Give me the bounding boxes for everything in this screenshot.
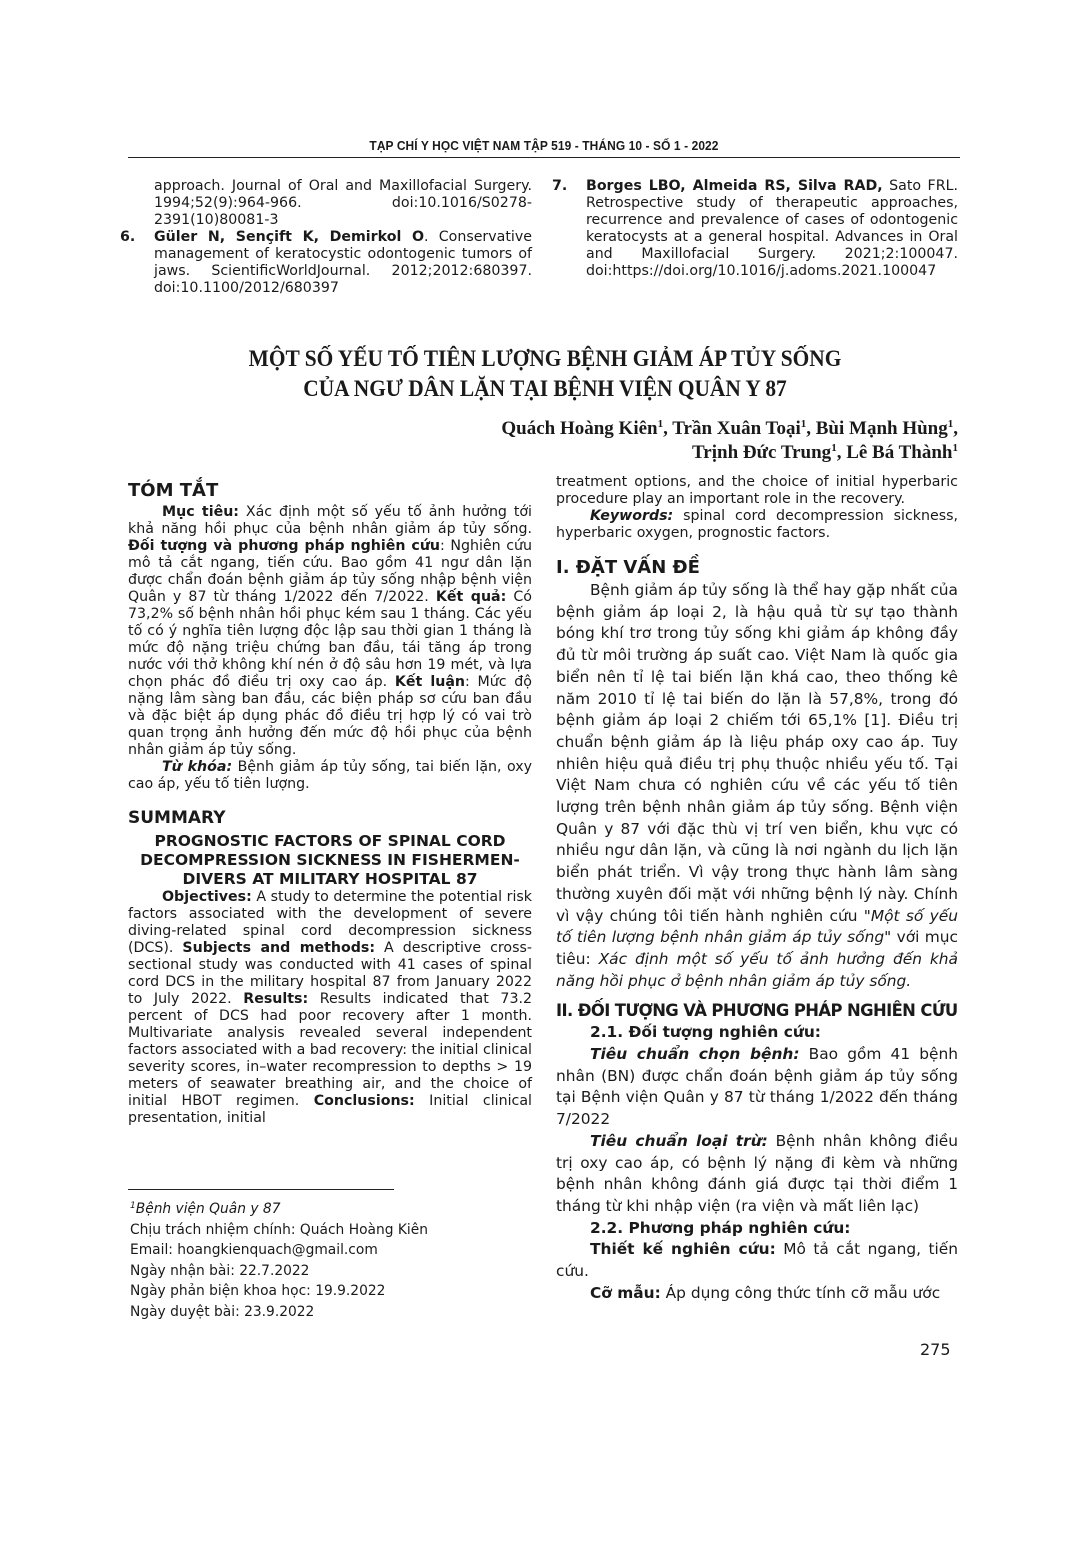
page-number: 275 xyxy=(920,1340,951,1359)
reference-number: 7. xyxy=(552,178,586,195)
author: Trần Xuân Toại1 xyxy=(672,418,806,439)
abstract-vi-body: Mục tiêu: Xác định một số yếu tố ảnh hưở… xyxy=(128,504,532,759)
reference-number: 6. xyxy=(120,229,154,246)
author: Lê Bá Thành1 xyxy=(846,442,958,463)
footnote-accepted: Ngày duyệt bài: 23.9.2022 xyxy=(130,1302,550,1323)
right-column: I. ĐẶT VẤN ĐỀ Bệnh giảm áp tủy sống là t… xyxy=(556,557,958,1305)
left-column: TÓM TẮT Mục tiêu: Xác định một số yếu tố… xyxy=(128,480,532,1127)
abstract-vi-heading: TÓM TẮT xyxy=(128,480,532,502)
author-list: Quách Hoàng Kiên1, Trần Xuân Toại1, Bùi … xyxy=(238,417,958,465)
subsection-2-2-heading: 2.2. Phương pháp nghiên cứu: xyxy=(556,1218,958,1240)
references-right: 7.Borges LBO, Almeida RS, Silva RAD, Sat… xyxy=(552,178,958,280)
section-1-paragraph: Bệnh giảm áp tủy sống là thể hay gặp nhấ… xyxy=(556,580,958,992)
abstract-en-body: Objectives: A study to determine the pot… xyxy=(128,889,532,1127)
reference-authors: Borges LBO, Almeida RS, Silva RAD, xyxy=(586,178,883,194)
section-1-heading: I. ĐẶT VẤN ĐỀ xyxy=(556,557,958,579)
abstract-en-keywords: Keywords: spinal cord decompression sick… xyxy=(556,508,958,542)
study-design: Thiết kế nghiên cứu: Mô tả cắt ngang, ti… xyxy=(556,1239,958,1282)
author: Bùi Mạnh Hùng1 xyxy=(816,418,954,439)
reference-authors: Güler N, Sençift K, Demirkol O xyxy=(154,229,424,245)
abstract-en-title: PROGNOSTIC FACTORS OF SPINAL CORD DECOMP… xyxy=(128,832,532,889)
footnote-corresponding: Chịu trách nhiệm chính: Quách Hoàng Kiên xyxy=(130,1220,550,1241)
footnote-email: Email: hoangkienquach@gmail.com xyxy=(130,1240,550,1261)
references-left: approach. Journal of Oral and Maxillofac… xyxy=(154,178,532,297)
journal-page: TẠP CHÍ Y HỌC VIỆT NAM TẬP 519 - THÁNG 1… xyxy=(0,0,1090,1541)
reference-7: 7.Borges LBO, Almeida RS, Silva RAD, Sat… xyxy=(552,178,958,280)
author: Quách Hoàng Kiên1 xyxy=(501,418,663,439)
right-column-abstract-cont: treatment options, and the choice of ini… xyxy=(556,474,958,542)
title-line-2: CỦA NGƯ DÂN LẶN TẠI BỆNH VIỆN QUÂN Y 87 xyxy=(178,374,913,404)
footnote-reviewed: Ngày phản biện khoa học: 19.9.2022 xyxy=(130,1281,550,1302)
abstract-en-heading: SUMMARY xyxy=(128,807,532,829)
abstract-en-conclusions-cont: treatment options, and the choice of ini… xyxy=(556,474,958,508)
reference-5-continued: approach. Journal of Oral and Maxillofac… xyxy=(154,178,532,229)
reference-6: 6.Güler N, Sençift K, Demirkol O. Conser… xyxy=(120,229,532,297)
sample-size: Cỡ mẫu: Áp dụng công thức tính cỡ mẫu ướ… xyxy=(556,1283,958,1305)
section-2-heading: II. ĐỐI TƯỢNG VÀ PHƯƠNG PHÁP NGHIÊN CỨU xyxy=(556,1000,958,1022)
title-line-1: MỘT SỐ YẾU TỐ TIÊN LƯỢNG BỆNH GIẢM ÁP TỦ… xyxy=(178,344,913,374)
footnotes: 1Bệnh viện Quân y 87 Chịu trách nhiệm ch… xyxy=(130,1199,550,1322)
header-rule xyxy=(128,157,960,158)
subsection-2-1-heading: 2.1. Đối tượng nghiên cứu: xyxy=(556,1022,958,1044)
footnote-affiliation: 1Bệnh viện Quân y 87 xyxy=(130,1199,550,1220)
running-head: TẠP CHÍ Y HỌC VIỆT NAM TẬP 519 - THÁNG 1… xyxy=(161,138,926,153)
footnote-rule xyxy=(128,1189,394,1190)
inclusion-criteria: Tiêu chuẩn chọn bệnh: Bao gồm 41 bệnh nh… xyxy=(556,1044,958,1131)
footnote-received: Ngày nhận bài: 22.7.2022 xyxy=(130,1261,550,1282)
abstract-vi-keywords: Từ khóa: Bệnh giảm áp tủy sống, tai biến… xyxy=(128,759,532,793)
article-title: MỘT SỐ YẾU TỐ TIÊN LƯỢNG BỆNH GIẢM ÁP TỦ… xyxy=(178,344,913,404)
author: Trịnh Đức Trung1 xyxy=(692,442,837,463)
exclusion-criteria: Tiêu chuẩn loại trừ: Bệnh nhân không điề… xyxy=(556,1131,958,1218)
